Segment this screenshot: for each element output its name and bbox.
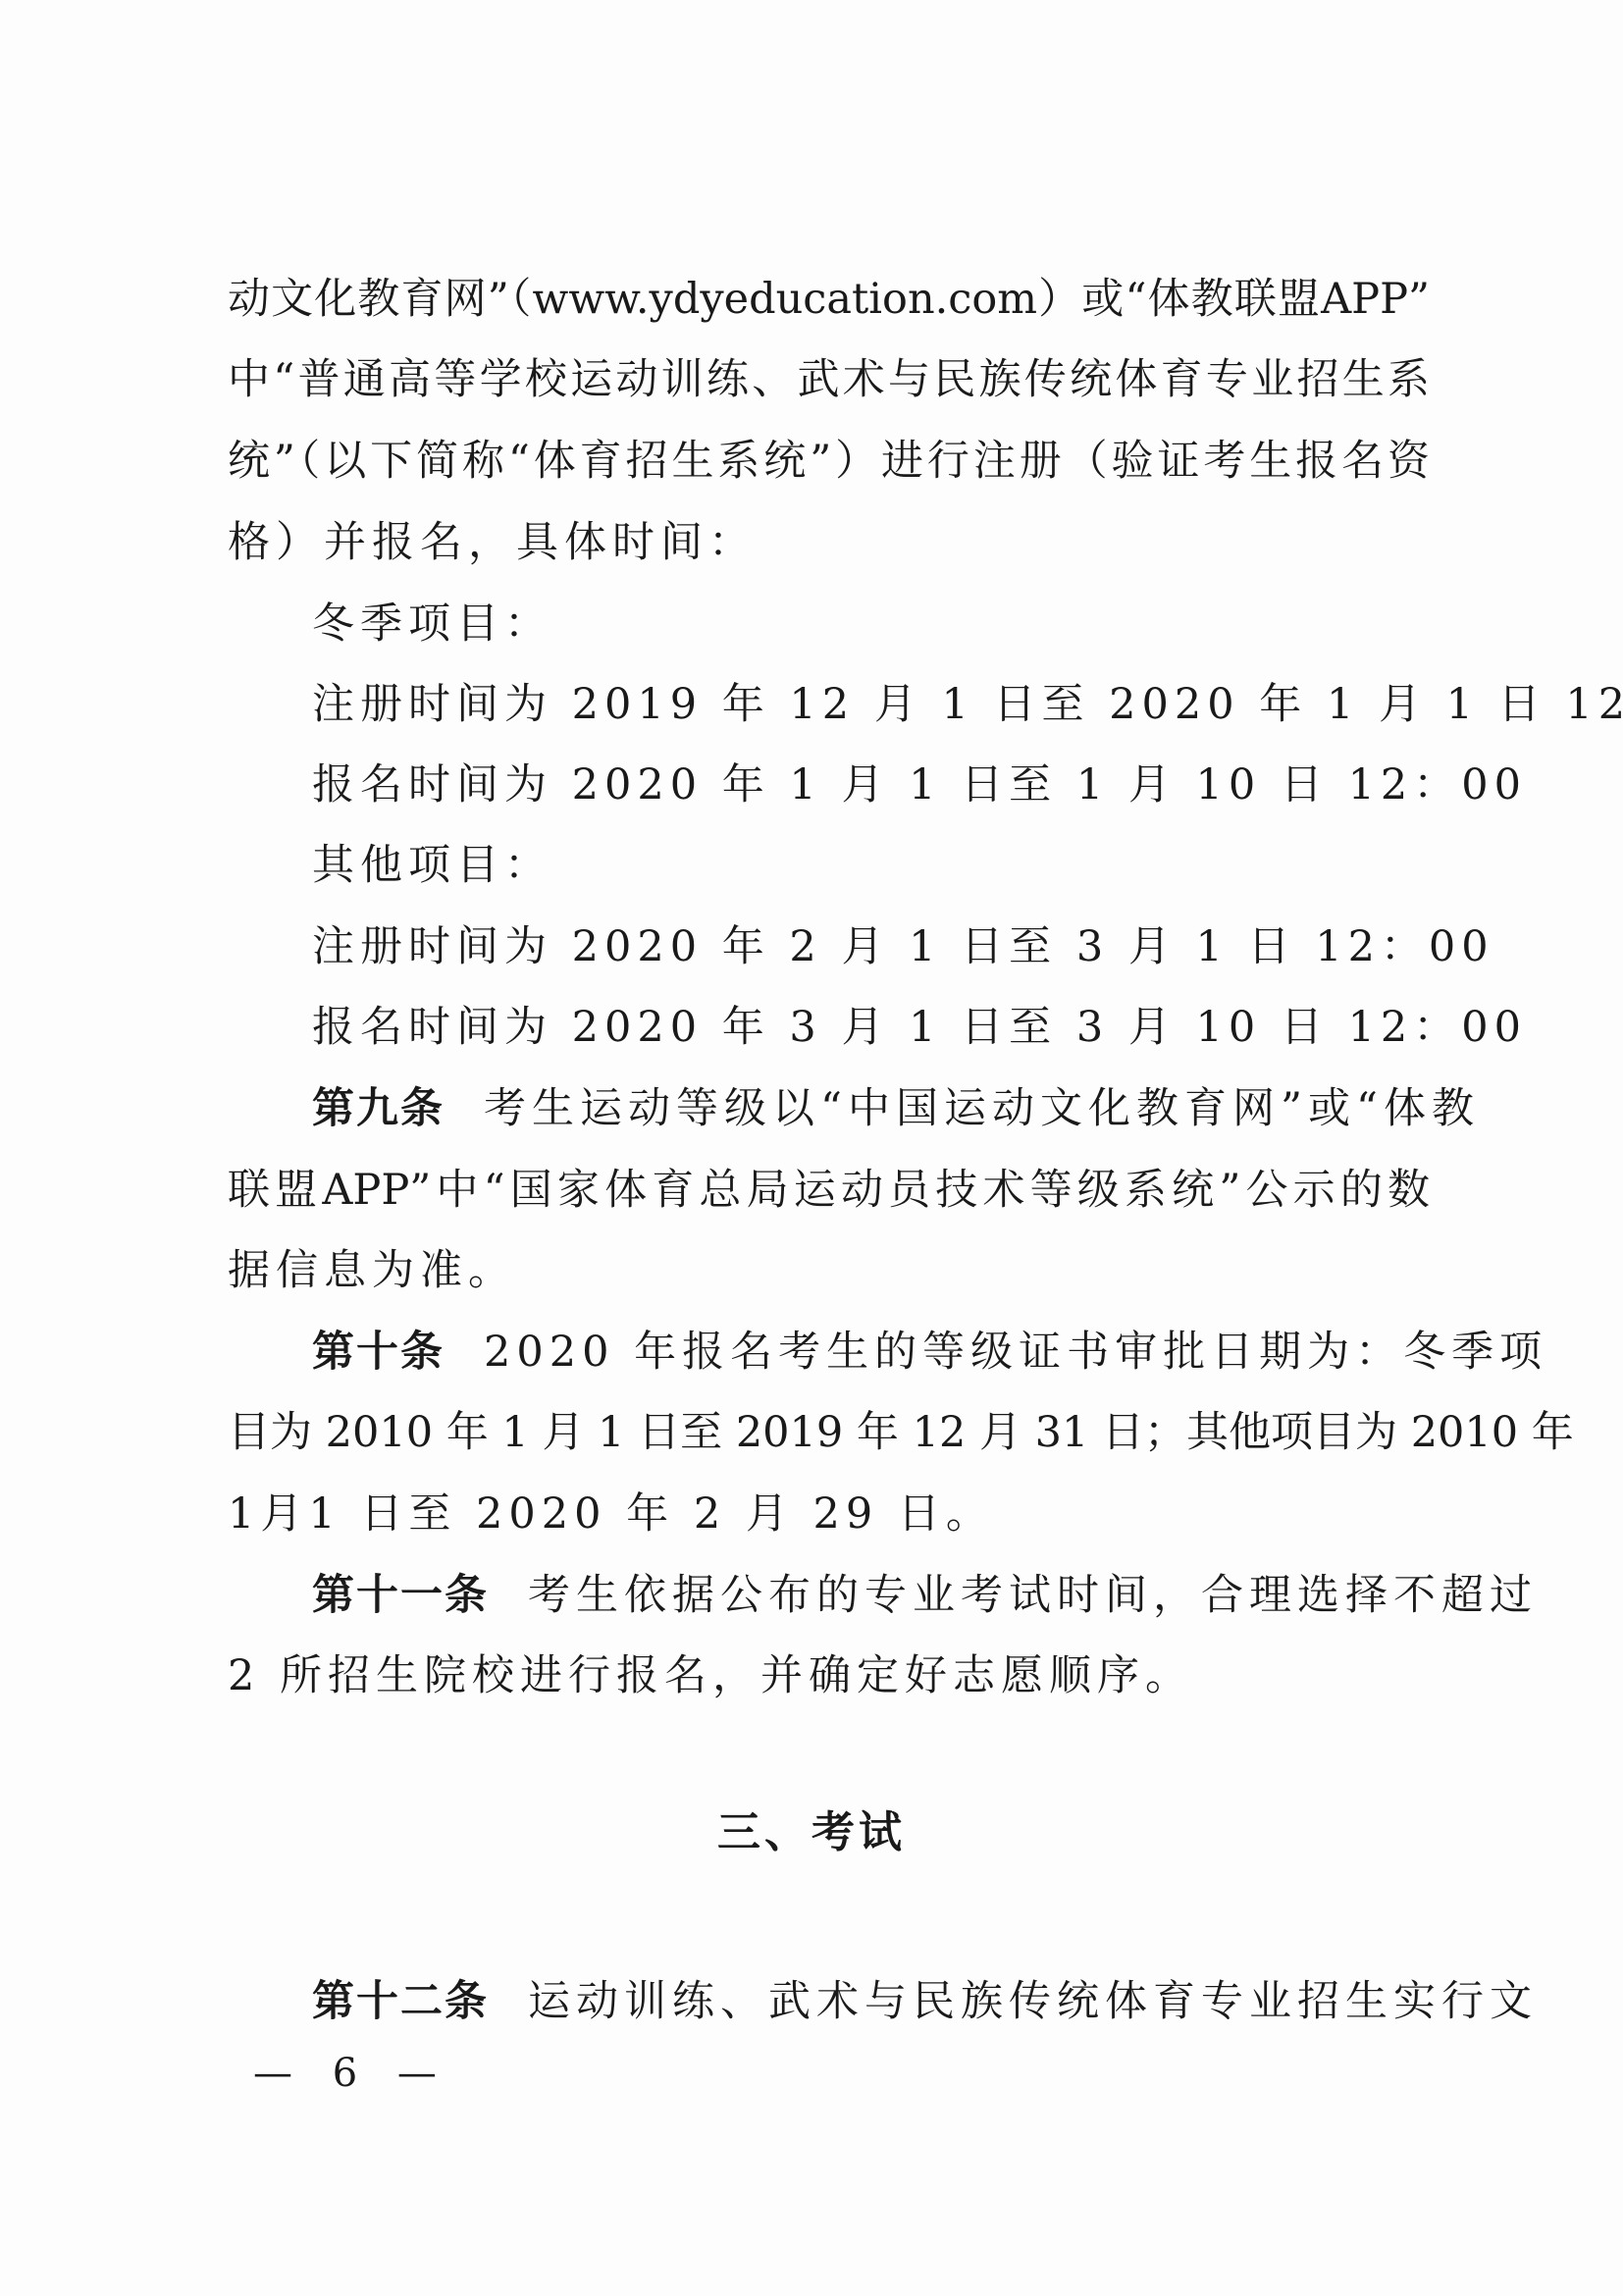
document-page: 动文化教育网”（www.ydyeducation.com）或“体教联盟APP” …: [0, 0, 1623, 2296]
article-9-line-3: 据信息为准。: [228, 1241, 1430, 1300]
article-9-line-1: 第九条考生运动等级以“中国运动文化教育网”或“体教: [312, 1079, 1480, 1138]
article-10-line-2: 目为 2010 年 1 月 1 日至 2019 年 12 月 31 日；其他项目…: [228, 1403, 1430, 1462]
body-line: 格）并报名，具体时间：: [228, 513, 1430, 572]
winter-label: 冬季项目：: [312, 595, 552, 653]
article-9-line-2: 联盟APP”中“国家体育总局运动员技术等级系统”公示的数: [228, 1161, 1430, 1220]
article-12-title: 第十二条: [312, 1977, 489, 2026]
article-11-title: 第十一条: [312, 1571, 489, 1620]
body-line: 中“普通高等学校运动训练、武术与民族传统体育专业招生系: [228, 350, 1430, 409]
article-12-text: 运动训练、武术与民族传统体育专业招生实行文: [528, 1977, 1538, 2026]
body-line: 动文化教育网”（www.ydyeducation.com）或“体教联盟APP”: [228, 270, 1430, 329]
article-10-line-1: 第十条2020 年报名考生的等级证书审批日期为：冬季项: [312, 1323, 1547, 1382]
other-register-time: 注册时间为 2020 年 2 月 1 日至 3 月 1 日 12：00: [312, 917, 1494, 976]
article-11-text: 考生依据公布的专业考试时间，合理选择不超过: [528, 1571, 1538, 1620]
winter-register-time: 注册时间为 2019 年 12 月 1 日至 2020 年 1 月 1 日 12…: [312, 675, 1623, 734]
article-10-title: 第十条: [312, 1328, 445, 1377]
article-11-line-1: 第十一条考生依据公布的专业考试时间，合理选择不超过: [312, 1566, 1538, 1625]
other-label: 其他项目：: [312, 836, 552, 895]
article-11-line-2: 2 所招生院校进行报名，并确定好志愿顺序。: [228, 1646, 1430, 1705]
article-10-text: 2020 年报名考生的等级证书审批日期为：冬季项: [484, 1328, 1547, 1377]
section-heading: 三、考试: [0, 1803, 1623, 1862]
article-12-line-1: 第十二条运动训练、武术与民族传统体育专业招生实行文: [312, 1972, 1538, 2031]
page-number: — 6 —: [253, 2049, 450, 2098]
article-9-title: 第九条: [312, 1084, 445, 1133]
article-9-text: 考生运动等级以“中国运动文化教育网”或“体教: [484, 1084, 1480, 1133]
body-line: 统”（以下简称“体育招生系统”）进行注册（验证考生报名资: [228, 432, 1430, 491]
winter-apply-time: 报名时间为 2020 年 1 月 1 日至 1 月 10 日 12：00: [312, 756, 1527, 814]
article-10-line-3: 1月1 日至 2020 年 2 月 29 日。: [228, 1485, 1430, 1543]
other-apply-time: 报名时间为 2020 年 3 月 1 日至 3 月 10 日 12：00: [312, 998, 1527, 1057]
